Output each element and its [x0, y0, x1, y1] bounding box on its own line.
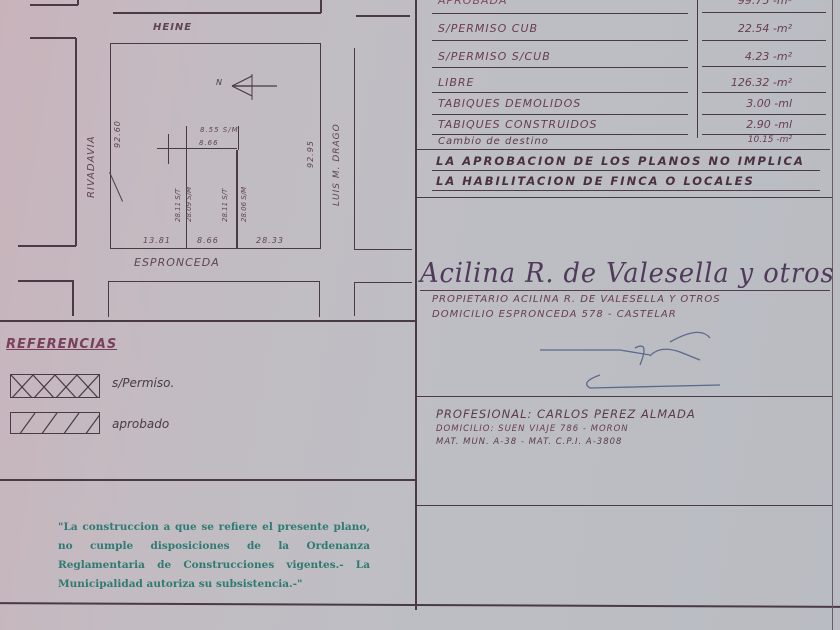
north-label: N	[216, 78, 222, 87]
block-edge	[18, 245, 76, 247]
professional-name: PROFESIONAL: CARLOS PEREZ ALMADA	[436, 407, 696, 421]
block-edge	[18, 280, 73, 282]
notice-rule	[432, 170, 820, 171]
divider-vertical-main	[415, 0, 417, 610]
dimension-lot-1a: 28.11 S/T	[174, 189, 182, 222]
table-row-value: 126.32 -m²	[672, 76, 792, 89]
table-bottom-rule	[416, 149, 830, 150]
dimension-top-a: 8.55 S/M	[200, 126, 239, 134]
dimension-top-b: 8.66	[199, 139, 219, 147]
table-row-value: 3.00 -ml	[672, 97, 792, 110]
street-label-east: LUIS M. DRAGO	[332, 123, 342, 206]
section-rule	[416, 396, 832, 397]
north-arrow-icon: N	[212, 70, 282, 110]
south-block	[108, 281, 320, 317]
professional-signature-scribble	[540, 330, 770, 394]
table-row-label: LIBRE	[438, 76, 475, 89]
lot-line	[157, 148, 237, 149]
table-rule	[432, 40, 688, 41]
lot-line	[168, 134, 169, 164]
table-row-label: APROBADA	[438, 0, 508, 7]
table-row-label: TABIQUES DEMOLIDOS	[438, 97, 581, 110]
street-label-north: HEINE	[153, 22, 192, 33]
section-rule	[416, 505, 832, 506]
block-edge	[30, 4, 78, 6]
lot-line	[236, 150, 238, 248]
owner-name: PROPIETARIO ACILINA R. DE VALESELLA Y OT…	[432, 294, 721, 305]
block-edge	[320, 0, 322, 13]
dimension-east: 92.95	[306, 140, 315, 168]
table-rule	[702, 12, 826, 13]
table-row-value: 22.54 -m²	[672, 22, 792, 35]
table-row-value: 99.75 -m²	[672, 0, 792, 7]
block-edge	[77, 0, 79, 5]
table-row-value: 2.90 -ml	[672, 118, 792, 131]
table-row-label: S/PERMISO S/CUB	[438, 50, 551, 63]
dimension-west: 92.60	[113, 120, 122, 148]
street-label-west: RIVADAVIA	[86, 135, 97, 198]
table-row-label: TABIQUES CONSTRUIDOS	[438, 118, 597, 131]
references-title: REFERENCIAS	[6, 337, 117, 352]
table-rule	[432, 134, 688, 135]
dimension-south-b: 8.66	[197, 236, 219, 245]
table-row-value: 4.23 -m²	[672, 50, 792, 63]
professional-registration: MAT. MUN. A-38 - MAT. C.P.I. A-3808	[436, 437, 622, 447]
block-edge	[30, 37, 76, 39]
table-rule	[702, 40, 826, 41]
notice-line-2: LA HABILITACION DE FINCA O LOCALES	[436, 174, 755, 188]
dimension-south-c: 28.33	[256, 236, 284, 245]
table-rule	[702, 66, 826, 67]
table-rule	[432, 67, 688, 68]
table-rule	[432, 92, 688, 93]
frame-right	[832, 0, 833, 630]
street-label-south: ESPRONCEDA	[134, 256, 220, 269]
legend-label-sin-permiso: s/Permiso.	[112, 376, 174, 390]
south-east-block	[354, 282, 412, 316]
divider-bottom	[0, 602, 840, 608]
dimension-south-a: 13.81	[143, 236, 171, 245]
dimension-lot-2a: 28.11 S/T	[221, 189, 229, 222]
dimension-lot-1b: 28.09 S/M	[185, 187, 193, 222]
block-edge	[356, 15, 410, 17]
notice-line-1: LA APROBACION DE LOS PLANOS NO IMPLICA	[436, 154, 805, 168]
table-rule	[702, 114, 826, 115]
table-row-label: S/PERMISO CUB	[438, 22, 538, 35]
professional-address: DOMICILIO: SUEN VIAJE 786 - MORON	[436, 424, 629, 434]
divider-map-references	[0, 320, 415, 322]
table-row-value: 10.15 -m²	[672, 135, 792, 145]
table-rule	[432, 114, 688, 115]
east-block	[354, 48, 412, 250]
signature-line	[420, 290, 830, 291]
owner-address: DOMICILIO ESPRONCEDA 578 - CASTELAR	[432, 309, 677, 320]
owner-signature: Acilina R. de Valesella y otros	[420, 258, 835, 289]
block-edge	[75, 38, 77, 246]
legend-swatch-diagonal	[10, 412, 100, 434]
block-edge	[72, 280, 74, 316]
table-rule	[702, 92, 826, 93]
block-edge	[113, 12, 321, 14]
table-rule	[432, 13, 688, 14]
dimension-lot-2b: 28.06 S/M	[240, 187, 248, 222]
legend-label-aprobado: aprobado	[112, 417, 169, 431]
municipal-stamp-text: "La construccion a que se refiere el pre…	[58, 518, 370, 594]
section-rule	[416, 197, 832, 198]
table-row-label: Cambio de destino	[438, 136, 549, 147]
legend-swatch-crosshatch	[10, 374, 100, 398]
divider-references-stamp	[0, 479, 415, 481]
notice-rule	[432, 190, 820, 191]
